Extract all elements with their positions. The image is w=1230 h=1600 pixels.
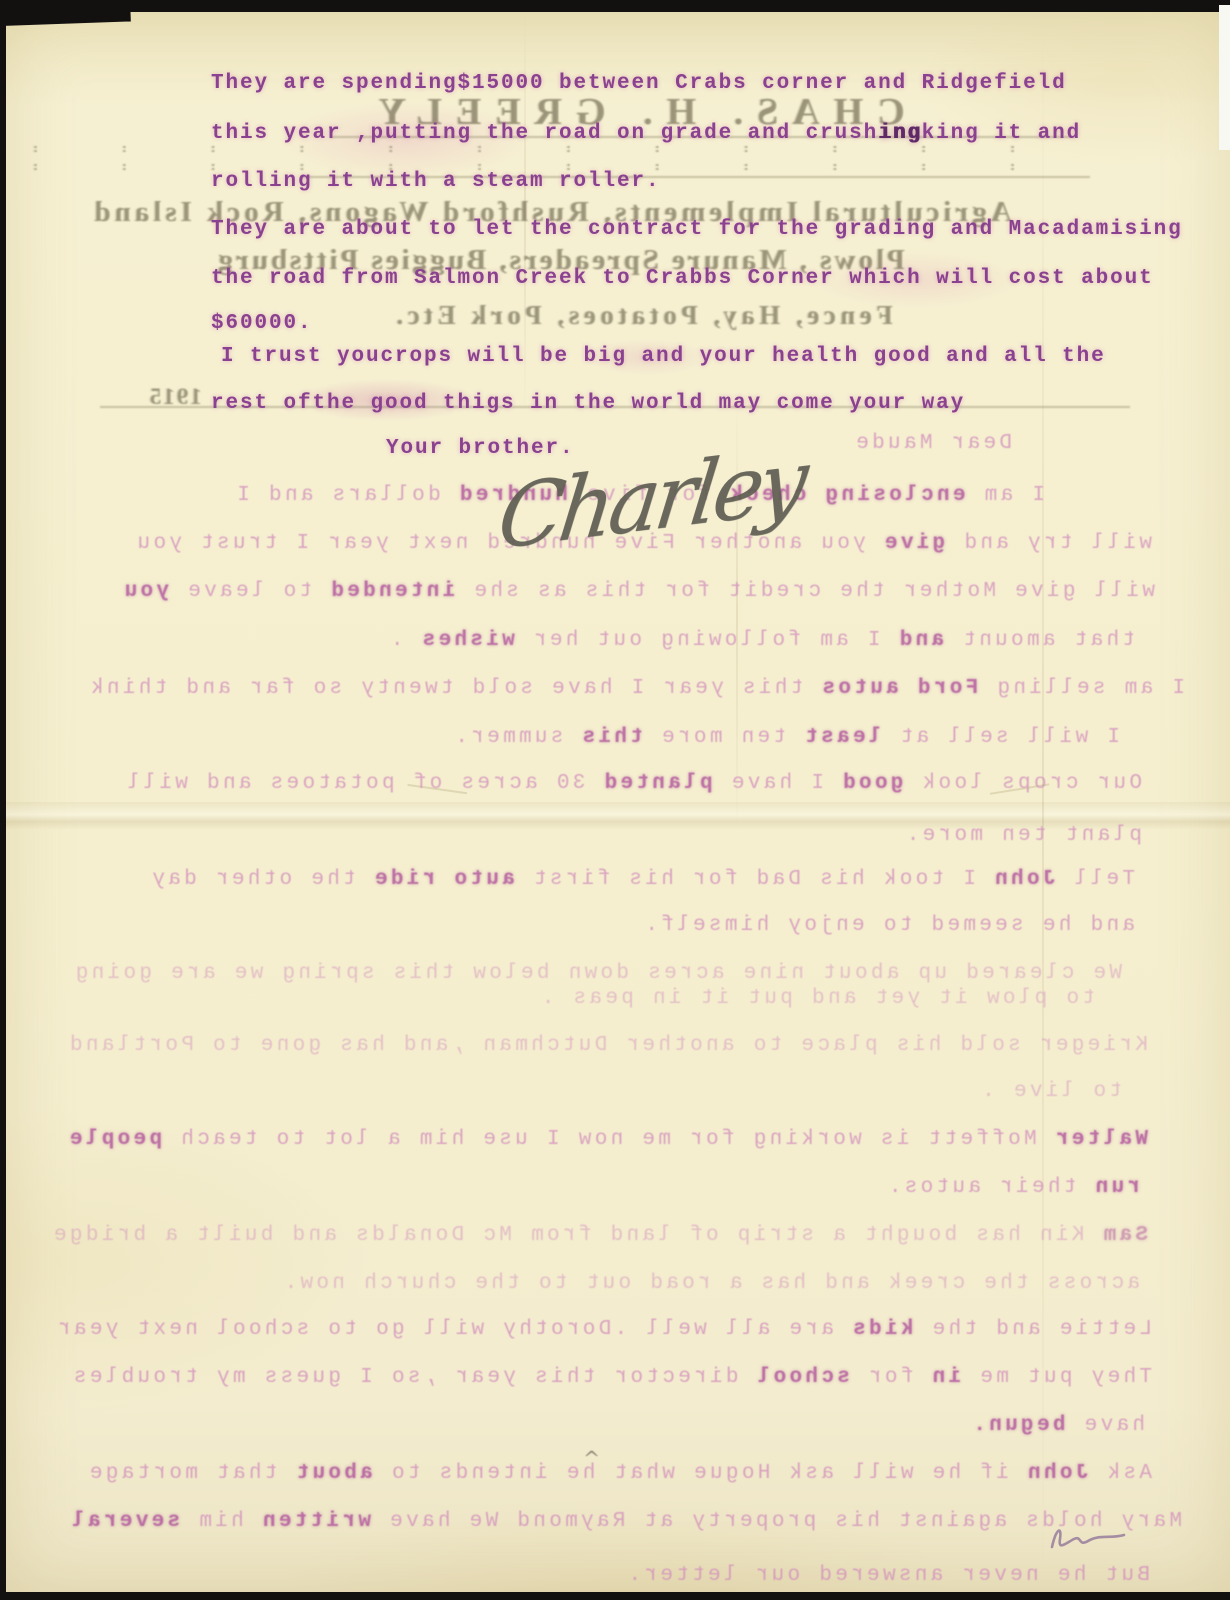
typed-text: rest ofthe good thigs in the world may c… [211,392,965,415]
typed-line: this year ,putting the road on grade and… [211,122,1081,145]
typed-line: They are spending$15000 between Crabs co… [211,72,1067,95]
typed-line: rolling it with a steam roller. [211,170,661,193]
typed-text: this year ,putting the road on grade and… [211,122,878,145]
typed-line: rest ofthe good thigs in the world may c… [211,392,965,415]
typed-text: the road from Salmon Creek to Crabbs Cor… [211,267,1154,290]
pencil-scribble [1048,1517,1128,1561]
typed-line: I trust youcrops will be big and your he… [221,345,1106,368]
scanned-letter-page: CHAS. H. GREELY : : : : : : : : : : : : … [0,0,1230,1600]
typed-line: the road from Salmon Creek to Crabbs Cor… [211,267,1154,290]
typed-text: They are spending$15000 between Crabs co… [211,72,1067,95]
typed-text: $60000. [211,312,313,335]
typed-line: They are about to let the contract for t… [211,218,1183,241]
typed-text: king it and [922,122,1082,145]
scanner-edge-shadow [0,0,131,26]
typed-text: They are about to let the contract for t… [211,218,1183,241]
typed-line: $60000. [211,312,313,335]
overstruck-text: ing [878,122,922,145]
paper-sheet: CHAS. H. GREELY : : : : : : : : : : : : … [6,12,1230,1592]
typed-line: Your brother. [386,437,575,460]
adjacent-page-sliver [1219,5,1230,150]
typed-text: rolling it with a steam roller. [211,170,661,193]
typed-text: I trust youcrops will be big and your he… [221,345,1106,368]
typed-text: Your brother. [386,437,575,460]
typed-text-layer: They are spending$15000 between Crabs co… [6,12,1230,1592]
